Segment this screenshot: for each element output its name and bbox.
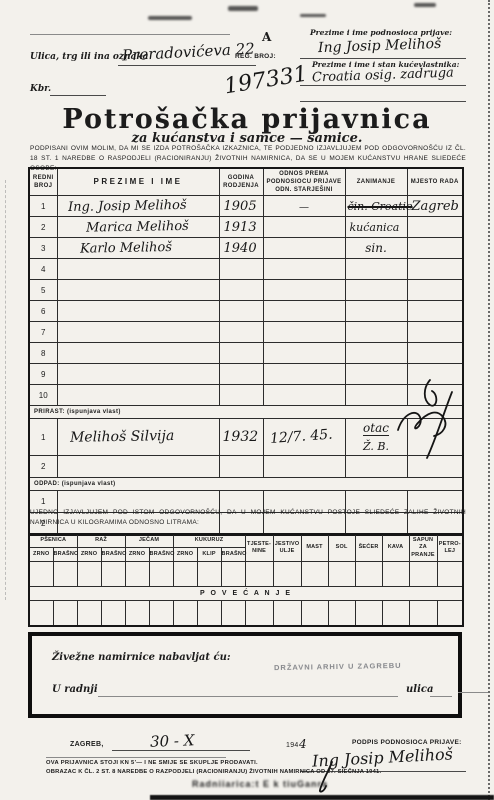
supplies-value-row: [29, 562, 463, 587]
col-jestivo-ulje: JESTIVO ULJE: [273, 534, 301, 562]
rule-line: [50, 94, 106, 96]
row-number: 3: [29, 238, 57, 259]
row-number: 2: [29, 456, 57, 478]
row-number: 7: [29, 322, 57, 343]
table-row: 5: [29, 280, 463, 301]
date-handwritten: 30 - X: [150, 731, 195, 751]
shop-label: U radnji: [52, 684, 98, 695]
member-name: Ing. Josip Melihoš: [57, 198, 186, 215]
member-occupation: čin. Croatie: [346, 200, 413, 213]
row-number: 2: [29, 217, 57, 238]
prirast-occupation: otac: [363, 421, 389, 436]
shop-street-label: ulica: [406, 684, 433, 695]
col-header-redni-broj: REDNI BROJ: [29, 168, 57, 196]
sub-zrno: ZRNO: [29, 548, 53, 562]
row-number: 5: [29, 280, 57, 301]
member-relation: —: [299, 202, 309, 213]
prirast-date: 12/7. 45.: [263, 427, 333, 448]
col-header-zanimanje: ZANIMANJE: [345, 168, 407, 196]
col-tjestenine: TJESTE-NINE: [245, 534, 273, 562]
rule-line: [458, 691, 488, 693]
supplies-group-header-row: PŠENICA RAŽ JEČAM KUKURUZ TJESTE-NINE JE…: [29, 534, 463, 548]
col-header-mjesto-rada: MJESTO RADA: [407, 168, 463, 196]
rule-line: [118, 64, 256, 66]
archive-stamp: DRŽAVNI ARHIV U ZAGREBU: [274, 661, 402, 672]
scan-smudge: [228, 6, 258, 11]
sub-brasno: BRAŠNO: [149, 548, 173, 562]
form-reference-note: OBRAZAC K ČL. 2 ST. 8 NAREDBE O RAZPODJE…: [46, 769, 446, 775]
sub-brasno: BRAŠNO: [101, 548, 125, 562]
sub-zrno: ZRNO: [125, 548, 149, 562]
group-psenica: PŠENICA: [29, 534, 77, 548]
rule-line: [30, 33, 230, 35]
rule-line: [300, 84, 466, 86]
year-handwritten: 4: [299, 737, 307, 751]
col-sapun: SAPUN ZA PRANJE: [409, 534, 437, 562]
table-header-row: REDNI BROJ PREZIME I IME GODINA RODJENJA…: [29, 168, 463, 196]
povecanje-label: P O V E Ć A N J E: [29, 587, 463, 601]
prirast-name: Melihoš Silvija: [57, 428, 174, 446]
city-label: ZAGREB,: [70, 741, 104, 748]
col-secer: ŠEĆER: [355, 534, 382, 562]
household-members-table: REDNI BROJ PREZIME I IME GODINA RODJENJA…: [28, 167, 464, 536]
table-row: 3 Karlo Melihoš 1940 sin.: [29, 238, 463, 259]
member-name: Karlo Melihoš: [57, 240, 171, 257]
rule-line: [46, 756, 226, 758]
member-year: 1940: [220, 241, 257, 256]
applicant-name-value: Ing Josip Melihoš: [318, 36, 442, 56]
prirast-occupation-2: Ž. B.: [363, 440, 389, 453]
member-relation: [263, 217, 345, 238]
col-kava: KAVA: [382, 534, 409, 562]
member-year: 1913: [220, 220, 257, 235]
supplies-table: PŠENICA RAŽ JEČAM KUKURUZ TJESTE-NINE JE…: [28, 533, 464, 627]
sub-zrno: ZRNO: [77, 548, 101, 562]
house-number-label: Kbr.: [30, 84, 51, 94]
form-series-letter: A: [262, 30, 271, 44]
row-number: 8: [29, 343, 57, 364]
member-occupation: sin.: [365, 241, 387, 255]
row-number: 4: [29, 259, 57, 280]
rule-line: [98, 695, 398, 697]
rule-line: [430, 695, 452, 697]
prirast-label: PRIRAST:: [34, 409, 65, 415]
price-note: OVA PRIJAVNICA STOJI KN 5'— I NE SMIJE S…: [46, 760, 258, 766]
supplies-value-row: [29, 601, 463, 627]
member-name: Marica Melihoš: [57, 219, 188, 236]
table-row: 6: [29, 301, 463, 322]
row-number: 9: [29, 364, 57, 385]
table-row: 7: [29, 322, 463, 343]
col-header-odnos: ODNOS PREMA PODNOSIOCU PRIJAVE ODN. STAR…: [263, 168, 345, 196]
scan-smudge: [148, 16, 192, 20]
left-edge-dashes: [5, 180, 6, 600]
sub-klip: KLIP: [197, 548, 221, 562]
rule-line: [112, 749, 250, 751]
table-row: 1 Ing. Josip Melihoš 1905 — čin. Croatie…: [29, 196, 463, 217]
sub-zrno: ZRNO: [173, 548, 197, 562]
printer-imprint: Radniiarica:t E k tiuGanra: [150, 779, 370, 789]
scan-bottom-bar: [150, 795, 494, 800]
scan-smudge: [414, 3, 436, 7]
supplies-declaration: UJEDNO IZJAVLJUJEM POD ISTOM ODGOVORNOŠĆ…: [30, 508, 466, 528]
col-sol: SOL: [328, 534, 355, 562]
member-occupation: kućanica: [346, 221, 400, 234]
year-printed: 194: [286, 742, 299, 749]
rule-line: [300, 57, 466, 59]
procurement-title: Živežne namirnice nabavljat ću:: [52, 652, 231, 663]
member-workplace: Zagreb: [408, 199, 459, 214]
sub-brasno: BRAŠNO: [221, 548, 245, 562]
scanned-form-page: A REG. BROJ: 197331 Prezime i ime podnos…: [0, 0, 494, 800]
col-mast: MAST: [301, 534, 328, 562]
row-number: 10: [29, 385, 57, 406]
prirast-note: (ispunjava vlast): [67, 409, 121, 415]
scan-smudge: [300, 14, 326, 17]
group-raz: RAŽ: [77, 534, 125, 548]
member-workplace: [407, 238, 463, 259]
member-workplace: [407, 217, 463, 238]
rule-line: [300, 100, 466, 102]
row-number: 6: [29, 301, 57, 322]
col-petrolej: PETRO-LEJ: [437, 534, 463, 562]
group-kukuruz: KUKURUZ: [173, 534, 245, 548]
odpad-section-label: ODPAD: (ispunjava vlast): [29, 478, 463, 491]
reg-number-value: 197331: [223, 62, 310, 100]
row-number: 1: [29, 419, 57, 456]
official-signature: [392, 378, 470, 462]
row-number: 1: [29, 196, 57, 217]
table-row: 4: [29, 259, 463, 280]
sub-brasno: BRAŠNO: [53, 548, 77, 562]
member-year: 1905: [220, 199, 257, 214]
odpad-label: ODPAD:: [34, 481, 60, 487]
street-value: Preradovićeva 22: [122, 40, 255, 65]
povecanje-row: P O V E Ć A N J E: [29, 587, 463, 601]
group-jecam: JEČAM: [125, 534, 173, 548]
member-relation: [263, 238, 345, 259]
col-header-prezime-ime: PREZIME I IME: [57, 168, 219, 196]
col-header-godina: GODINA RODJENJA: [219, 168, 263, 196]
table-row: 2 Marica Melihoš 1913 kućanica: [29, 217, 463, 238]
table-row: 8: [29, 343, 463, 364]
procurement-box: Živežne namirnice nabavljat ću: DRŽAVNI …: [28, 632, 462, 718]
prirast-year: 1932: [220, 429, 259, 445]
odpad-note: (ispunjava vlast): [62, 481, 116, 487]
